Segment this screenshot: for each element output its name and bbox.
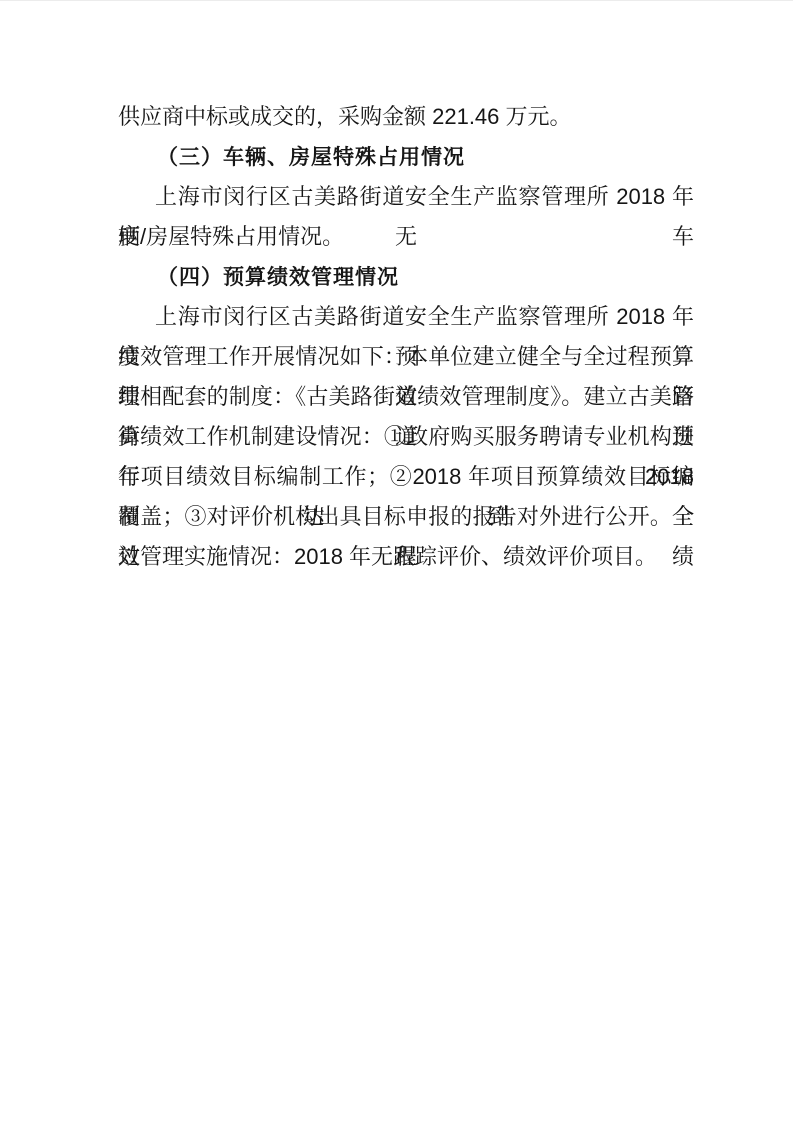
document-content: 供应商中标或成交的，采购金额 221.46 万元。 （三）车辆、房屋特殊占用情况… — [0, 1, 793, 577]
paragraph-procurement-tail-line: 供应商中标或成交的，采购金额 221.46 万元。 — [118, 97, 694, 137]
section-heading-budget-performance: （四）预算绩效管理情况 — [118, 257, 694, 297]
paragraph-vehicles-line-1: 上海市闵行区古美路街道安全生产监察管理所 2018 年度无车 — [118, 177, 694, 217]
paragraph-performance-line-1: 上海市闵行区古美路街道安全生产监察管理所 2018 年度预算 — [118, 297, 694, 337]
document-page: 供应商中标或成交的，采购金额 221.46 万元。 （三）车辆、房屋特殊占用情况… — [0, 0, 793, 1122]
paragraph-performance-line-4: 算绩效工作机制建设情况：①政府购买服务聘请专业机构进行 2018 — [118, 417, 694, 457]
paragraph-performance-line-6: 覆盖；③对评价机构出具目标申报的报告对外进行公开。全过程绩 — [118, 497, 694, 537]
paragraph-performance-line-7: 效管理实施情况：2018 年无跟踪评价、绩效评价项目。 — [118, 537, 694, 577]
paragraph-performance-line-3: 理相配套的制度：《古美路街道绩效管理制度》。建立古美路街道预 — [118, 377, 694, 417]
section-heading-vehicles-housing: （三）车辆、房屋特殊占用情况 — [118, 137, 694, 177]
paragraph-performance-line-5: 年项目绩效目标编制工作；②2018 年项目预算绩效目标编制达到全 — [118, 457, 694, 497]
paragraph-performance-line-2: 绩效管理工作开展情况如下：本单位建立健全与全过程预算绩效管 — [118, 337, 694, 377]
